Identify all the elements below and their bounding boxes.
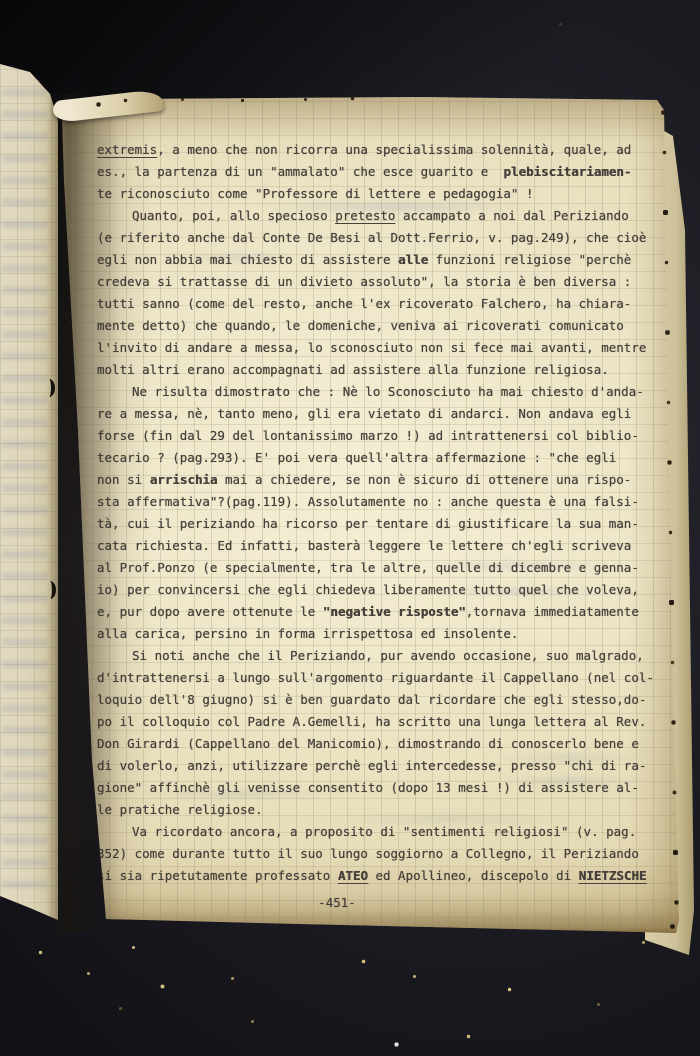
previous-page-edge (0, 58, 58, 920)
text-line: tà, cui il periziando ha ricorso per ten… (97, 513, 649, 535)
text-line: 352) come durante tutto il suo lungo sog… (97, 843, 649, 865)
text-line: io) per convincersi che egli chiedeva li… (97, 579, 649, 601)
text-line: egli non abbia mai chiesto di assistere … (97, 249, 649, 271)
text-line: al Prof.Ponzo (e specialmente, tra le al… (97, 557, 649, 579)
ghost-text-rows (2, 88, 48, 888)
text-line: te riconosciuto come "Professore di lett… (97, 183, 649, 205)
text-line: re a messa, nè, tanto meno, gli era viet… (97, 403, 649, 425)
text-line: extremis, a meno che non ricorra una spe… (97, 139, 649, 161)
text-line: non si arrischia mai a chiedere, se non … (97, 469, 649, 491)
text-line: sta affermativa"?(pag.119). Assolutament… (97, 491, 649, 513)
text-line: Quanto, poi, allo specioso pretesto acca… (97, 205, 649, 227)
scanned-page-photo: extremis, a meno che non ricorra una spe… (0, 0, 700, 1056)
text-line: alla carica, persino in forma irrispetto… (97, 623, 649, 645)
text-line: mente detto) che quando, le domeniche, v… (97, 315, 649, 337)
punch-hole (44, 581, 56, 599)
text-line: d'intrattenersi a lungo sull'argomento r… (97, 667, 649, 689)
text-line: cata richiesta. Ed infatti, basterà legg… (97, 535, 649, 557)
text-line: po il colloquio col Padre A.Gemelli, ha … (97, 711, 649, 733)
text-line: Ne risulta dimostrato che : Nè lo Sconos… (97, 381, 649, 403)
text-line: Si noti anche che il Periziando, pur ave… (97, 645, 649, 667)
text-line: (e riferito anche dal Conte De Besi al D… (97, 227, 649, 249)
text-line: gione" affinchè gli venisse consentito (… (97, 777, 649, 799)
typewritten-text: extremis, a meno che non ricorra una spe… (97, 139, 649, 887)
text-line: Va ricordato ancora, a proposito di "sen… (97, 821, 649, 843)
text-line: es., la partenza di un "ammalato" che es… (97, 161, 649, 183)
document-page: extremis, a meno che non ricorra una spe… (0, 0, 700, 1056)
text-line: e, pur dopo avere ottenute le "negative … (97, 601, 649, 623)
text-line: forse (fin dal 29 del lontanissimo marzo… (97, 425, 649, 447)
text-line: l'invito di andare a messa, lo sconosciu… (97, 337, 649, 359)
text-line: credeva si trattasse di un divieto assol… (97, 271, 649, 293)
text-line: di volerlo, anzi, utilizzare perchè egli… (97, 755, 649, 777)
text-line: Don Girardi (Cappellano del Manicomio), … (97, 733, 649, 755)
text-line: tecario ? (pag.293). E' poi vera quell'a… (97, 447, 649, 469)
text-line: le pratiche religiose. (97, 799, 649, 821)
page-number: -451- (97, 892, 577, 914)
text-line: tutti sanno (come del resto, anche l'ex … (97, 293, 649, 315)
dust-specks (0, 0, 1, 1)
punch-hole (43, 379, 55, 397)
text-line: molti altri erano accompagnati ad assist… (97, 359, 649, 381)
text-line: si sia ripetutamente professato ATEO ed … (97, 865, 649, 887)
text-line: loquio dell'8 giugno) si è ben guardato … (97, 689, 649, 711)
